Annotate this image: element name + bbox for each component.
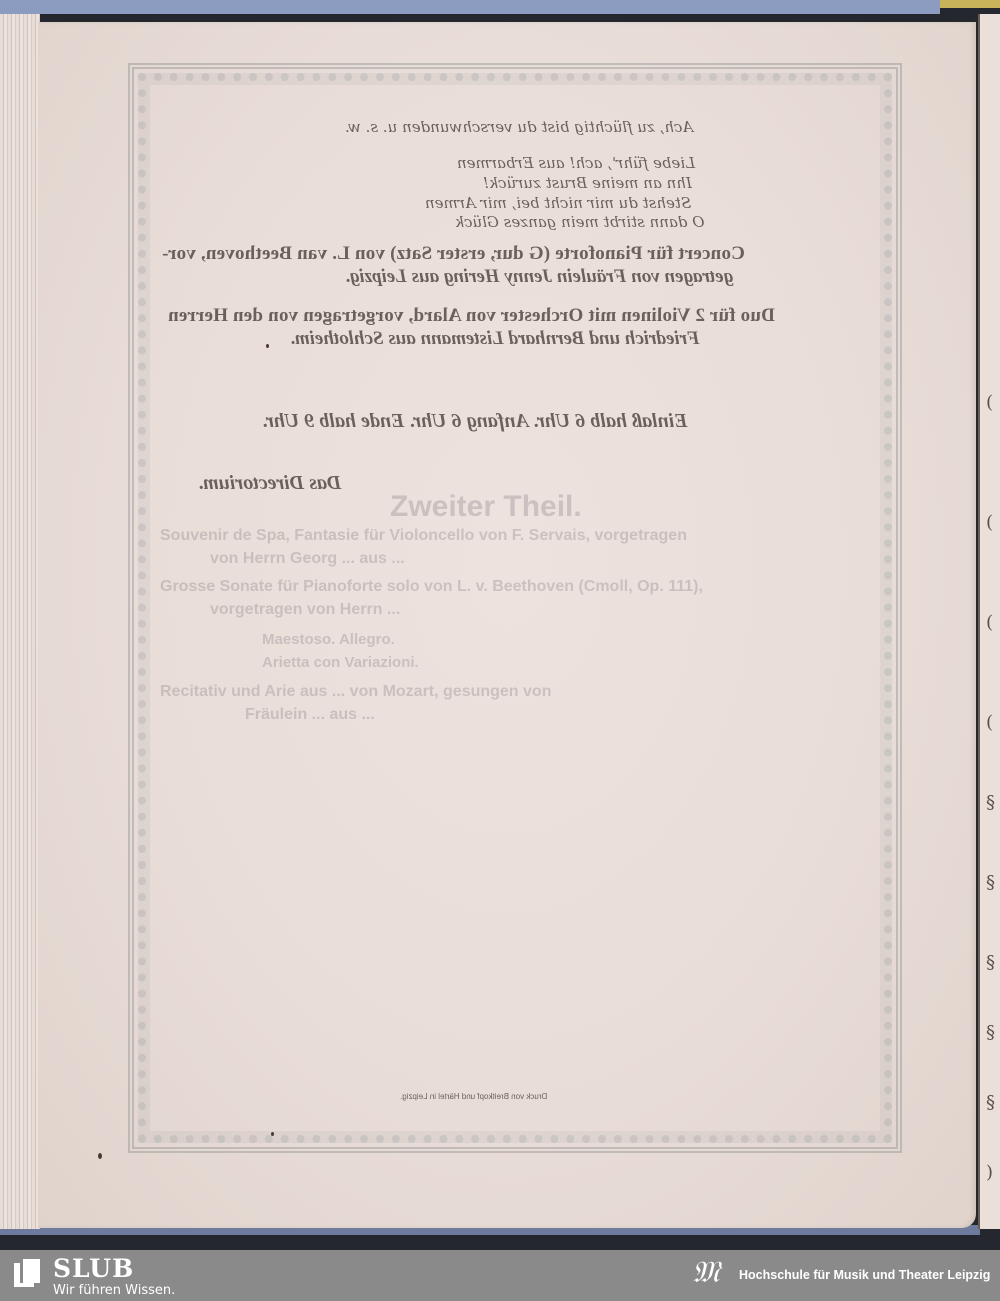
slub-book-icon[interactable] [14,1259,40,1287]
ornament-icon: ( [986,514,1000,532]
slub-name[interactable]: SLUB [53,1254,134,1283]
book-cover-cloth [0,0,940,14]
programme-item-line: Friedrich und Bernhard Listemann aus Sch… [290,328,700,350]
ghost-heading: Zweiter Theil. [390,490,582,524]
ghost-line: Maestoso. Allegro. [262,631,395,648]
verse-line: Ach, zu flüchtig bist du verschwunden u.… [345,118,693,136]
paper-stain [266,344,269,348]
ornament-icon: ( [986,394,1000,412]
ghost-line: vorgetragen von Herrn ... [210,601,400,619]
programme-item-line: Duo für 2 Violinen mit Orchester von Ala… [168,305,775,327]
ornament-icon: § [986,1094,1000,1112]
ghost-line: Fräulein ... aus ... [245,706,375,724]
paper-stain [98,1153,102,1159]
paper-stain [271,1132,274,1136]
ornament-icon: § [986,874,1000,892]
viewer-footer: SLUB Wir führen Wissen. 𝔐 Hochschule für… [0,1250,1000,1301]
book-ribbon [940,0,1000,8]
admission-times: Einlaß halb 6 Uhr. Anfang 6 Uhr. Ende ha… [262,410,688,433]
scan-viewport: ( ( ( ( § § § § § ) Zweiter Theil. Souve… [0,0,1000,1250]
ornament-icon: ( [986,614,1000,632]
verse-line: Ihn an meine Brust zurück! [483,174,692,192]
verse-line: Stehst du mir nicht bei, mir Armen [425,194,691,212]
ornament-icon: § [986,954,1000,972]
hmt-monogram-icon[interactable]: 𝔐 [692,1254,732,1298]
stacked-page-edges [0,14,40,1229]
ghost-line: Recitativ und Arie aus ... von Mozart, g… [160,683,551,701]
ghost-line: Souvenir de Spa, Fantasie für Violoncell… [160,527,687,545]
hmt-institution-name[interactable]: Hochschule für Musik und Theater Leipzig [739,1268,990,1282]
programme-item-line: Concert für Pianoforte (G dur, erster Sa… [162,243,745,265]
ghost-line: von Herrn Georg ... aus ... [210,550,405,568]
verse-line: O dann stirbt mein ganzes Glück [455,213,705,231]
slub-tagline: Wir führen Wissen. [53,1283,175,1298]
ornament-icon: ) [986,1164,1000,1182]
ornament-icon: § [986,1024,1000,1042]
adjacent-page: ( ( ( ( § § § § § ) [978,14,1000,1229]
programme-item-line: getragen von Fräulein Jenny Hering aus L… [345,266,733,288]
ghost-line: Arietta con Variazioni. [262,654,419,671]
verse-line: Liebe führ', ach! aus Erbarmen [457,154,695,172]
signature: Das Directorium. [198,472,341,495]
ornament-icon: ( [986,714,1000,732]
ornament-icon: § [986,794,1000,812]
printer-imprint: Druck von Breitkopf und Härtel in Leipzi… [400,1092,547,1101]
ghost-line: Grosse Sonate für Pianoforte solo von L.… [160,578,703,596]
